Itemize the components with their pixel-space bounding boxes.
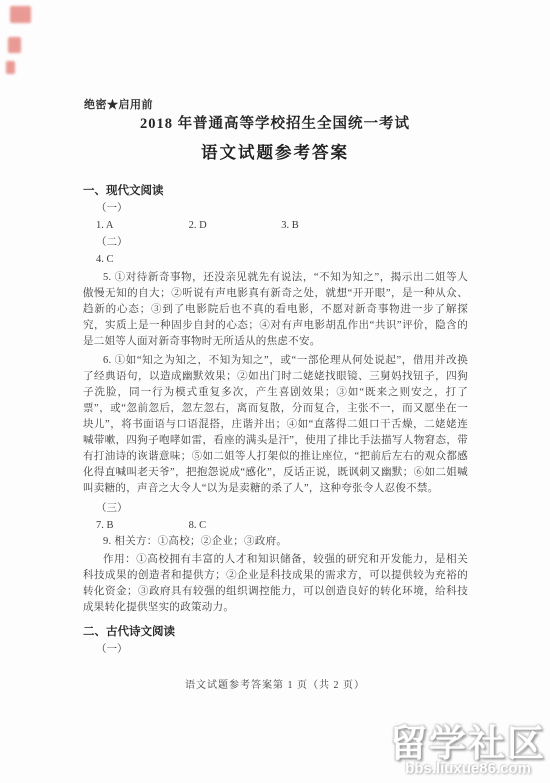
exam-title: 2018 年普通高等学校招生全国统一考试 xyxy=(0,112,550,133)
answer-q5: 5. ①对待新奇事物，还没亲见就先有说法，“不知为知之”，揭示出二姐等人傲慢无知… xyxy=(83,270,468,350)
choice-answers-row: 1. A 2. D 3. B xyxy=(83,217,468,234)
part-three-label: （三） xyxy=(83,500,468,517)
answer-q7: 7. B xyxy=(96,517,186,534)
red-stamp-mark-icon xyxy=(10,6,31,23)
part-one-label: （一） xyxy=(83,200,468,217)
page-footer: 语文试题参考答案第 1 页（共 2 页） xyxy=(0,676,550,691)
answer-title: 语文试题参考答案 xyxy=(0,139,550,163)
part-one-label: （一） xyxy=(83,641,468,658)
answers-body: 一、现代文阅读 （一） 1. A 2. D 3. B （二） 4. C 5. ①… xyxy=(83,182,468,658)
security-notice: 绝密★启用前 xyxy=(84,96,153,112)
answer-q8: 8. C xyxy=(189,517,279,534)
answer-q1: 1. A xyxy=(96,217,186,234)
section-classical-reading-title: 二、古代诗文阅读 xyxy=(83,623,468,641)
answer-q9-roles: 作用：①高校拥有丰富的人才和知识储备，较强的研究和开发能力，是相关科技成果的创造… xyxy=(83,552,468,616)
answer-q2: 2. D xyxy=(189,217,279,234)
section-modern-reading-title: 一、现代文阅读 xyxy=(83,182,468,200)
watermark-logo: 留学社区 bbs.liuxue86.com xyxy=(390,725,546,777)
answer-q9-parties: 9. 相关方：①高校；②企业；③政府。 xyxy=(83,534,468,550)
watermark-brand-text: 留学社区 xyxy=(390,725,546,763)
red-stamp-mark-icon xyxy=(8,37,21,53)
watermark-site-url: bbs.liuxue86.com xyxy=(390,761,546,777)
answer-q4: 4. C xyxy=(96,251,186,268)
choice-answers-row: 4. C xyxy=(83,251,468,268)
scanned-answer-page: 绝密★启用前 2018 年普通高等学校招生全国统一考试 语文试题参考答案 一、现… xyxy=(0,0,550,783)
part-two-label: （二） xyxy=(83,234,468,251)
red-stamp-mark-icon xyxy=(6,61,15,74)
choice-answers-row: 7. B 8. C xyxy=(83,517,468,534)
answer-q3: 3. B xyxy=(281,217,371,234)
answer-q6: 6. ①如“知之为知之，不知为知之”，或“一部伦理从何处说起”，借用并改换了经典… xyxy=(83,353,468,497)
